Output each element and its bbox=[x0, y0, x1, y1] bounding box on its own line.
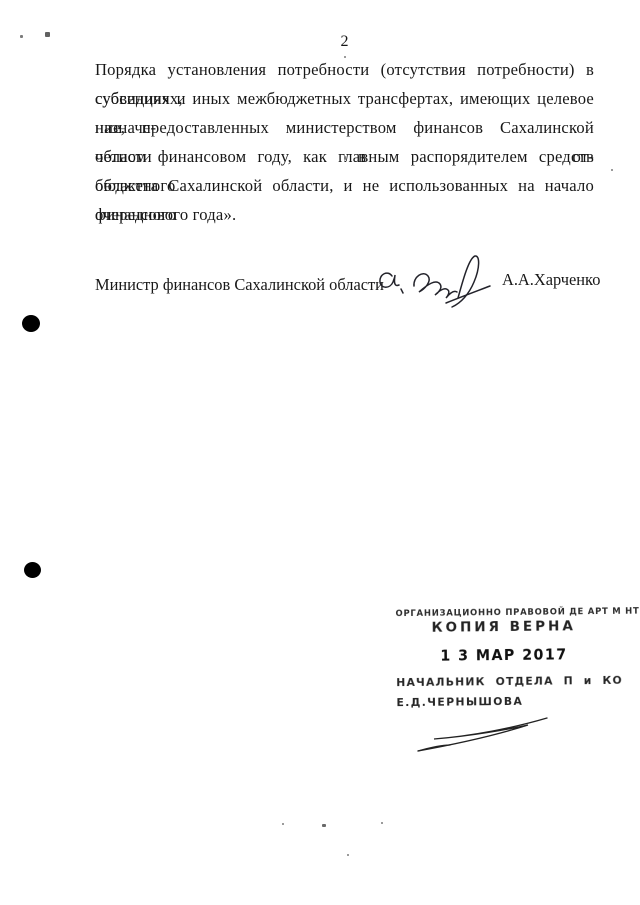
scan-speck bbox=[282, 823, 284, 825]
minister-signature-icon bbox=[376, 250, 504, 314]
stamp-position-line: НАЧАЛЬНИК ОТДЕЛА П и КО bbox=[396, 674, 612, 689]
scan-speck bbox=[344, 56, 346, 58]
scan-speck bbox=[20, 35, 23, 38]
scan-speck bbox=[344, 156, 346, 160]
scan-speck bbox=[347, 854, 349, 856]
page-number: 2 bbox=[95, 31, 594, 53]
scanned-document-page: { "page": { "number": "2" }, "body": { "… bbox=[0, 0, 640, 905]
paragraph-line: ние, предоставленных министерством финан… bbox=[95, 113, 594, 142]
paragraph-line: Порядка установления потребности (отсутс… bbox=[95, 55, 594, 84]
paragraph-line: субсидиях и иных межбюджетных трансферта… bbox=[95, 84, 594, 113]
scan-speck bbox=[381, 822, 383, 824]
stamp-officer-name: Е.Д.ЧЕРНЫШОВА bbox=[396, 694, 612, 709]
scan-speck bbox=[45, 32, 50, 37]
paragraph-line: бюджета Сахалинской области, и не исполь… bbox=[95, 171, 594, 200]
stamp-date: 1 3 МАР 2017 bbox=[401, 645, 606, 665]
scan-speck bbox=[611, 169, 613, 171]
scan-speck bbox=[322, 824, 326, 827]
body-paragraph: Порядка установления потребности (отсутс… bbox=[95, 55, 594, 229]
punch-hole-mark bbox=[22, 315, 40, 332]
certification-stamp: ОРГАНИЗАЦИОННО ПРАВОВОЙ ДЕ АРТ М НТ КОПИ… bbox=[395, 607, 612, 709]
signer-name: А.А.Харченко bbox=[502, 268, 600, 292]
paragraph-line: финансового года». bbox=[95, 200, 594, 229]
punch-hole-mark bbox=[24, 562, 41, 578]
stamp-copy-verna-line: КОПИЯ ВЕРНА bbox=[396, 618, 612, 636]
signer-title: Министр финансов Сахалинской области bbox=[95, 273, 384, 297]
stamp-signature-icon bbox=[410, 712, 555, 754]
